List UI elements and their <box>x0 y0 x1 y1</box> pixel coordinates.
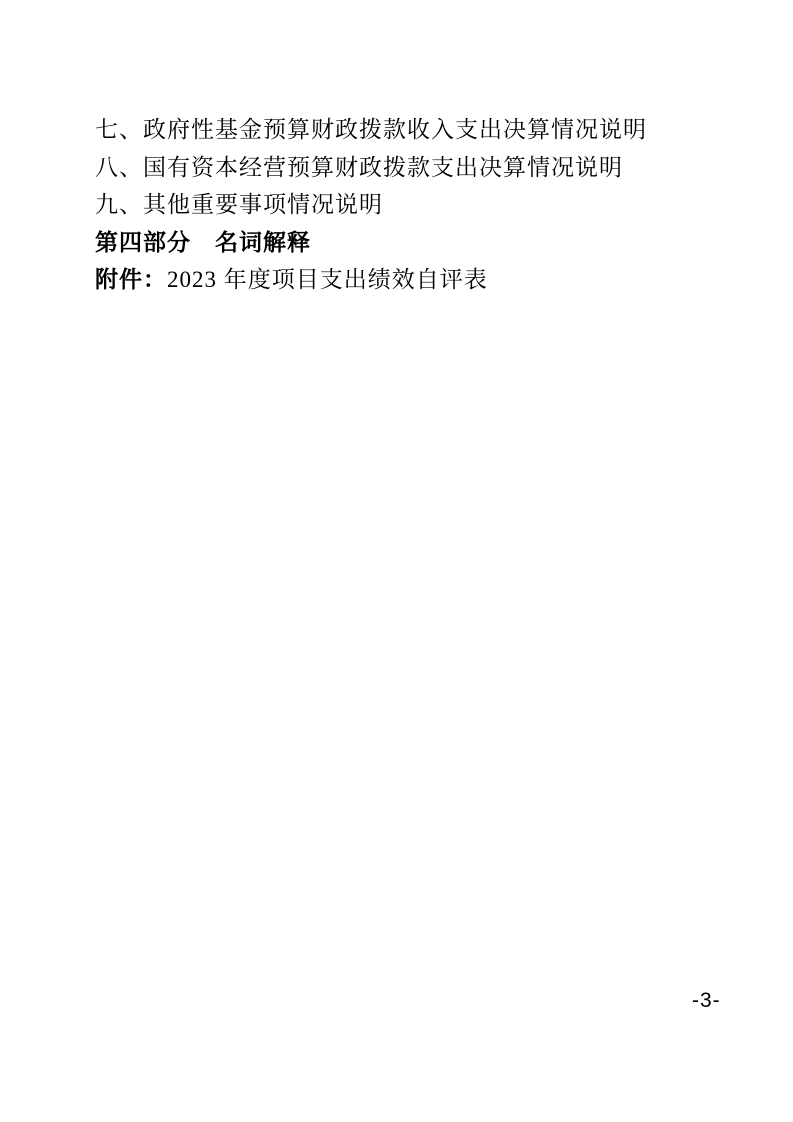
attachment-label: 附件： <box>95 266 167 292</box>
document-page: 七、政府性基金预算财政拨款收入支出决算情况说明 八、国有资本经营预算财政拨款支出… <box>0 0 793 1122</box>
section-heading-part4: 第四部分 名词解释 <box>95 224 735 262</box>
toc-item-7: 七、政府性基金预算财政拨款收入支出决算情况说明 <box>95 111 735 149</box>
toc-item-9: 九、其他重要事项情况说明 <box>95 186 735 224</box>
toc-item-8: 八、国有资本经营预算财政拨款支出决算情况说明 <box>95 149 735 187</box>
attachment-text: 2023 年度项目支出绩效自评表 <box>167 267 488 292</box>
attachment-line: 附件：2023 年度项目支出绩效自评表 <box>95 261 735 299</box>
document-content: 七、政府性基金预算财政拨款收入支出决算情况说明 八、国有资本经营预算财政拨款支出… <box>95 111 735 299</box>
page-number: -3- <box>692 989 721 1013</box>
